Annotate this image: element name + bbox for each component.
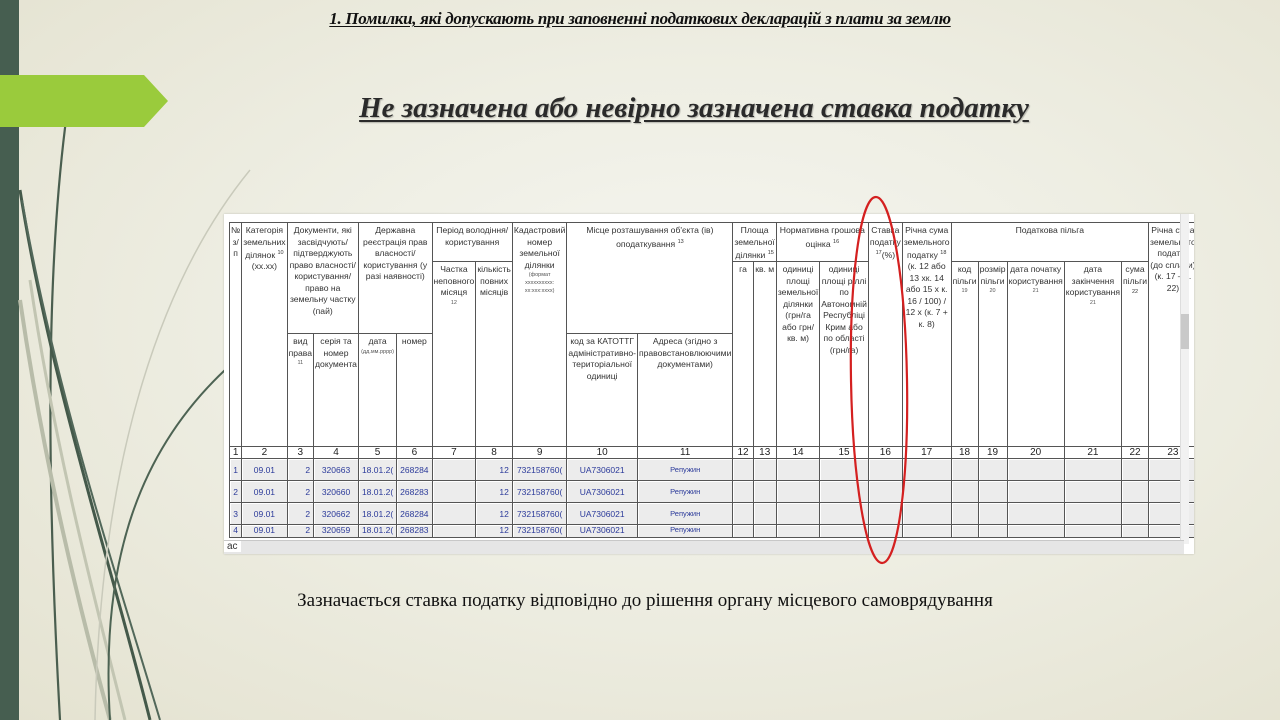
cell-months[interactable]: 12 bbox=[476, 459, 513, 481]
column-number-cell: 4 bbox=[314, 447, 359, 459]
cell-col-13[interactable] bbox=[753, 525, 776, 538]
column-number-cell: 21 bbox=[1064, 447, 1121, 459]
cell-col-15[interactable] bbox=[820, 459, 869, 481]
cell-col-18[interactable] bbox=[951, 503, 978, 525]
cell-part[interactable] bbox=[432, 503, 476, 525]
table-row: 109.01232066318.01.2(26828412732158760(U… bbox=[230, 459, 1195, 481]
cell-right[interactable]: 2 bbox=[287, 503, 313, 525]
cell-date[interactable]: 18.01.2( bbox=[358, 459, 396, 481]
cell-col-15[interactable] bbox=[820, 525, 869, 538]
cell-col-22[interactable] bbox=[1122, 481, 1149, 503]
cell-col-20[interactable] bbox=[1007, 481, 1064, 503]
table-row: 209.01232066018.01.2(26828312732158760(U… bbox=[230, 481, 1195, 503]
col-header-2: Категорія земельних ділянок 10 (хх.хх) bbox=[242, 223, 287, 447]
cell-address[interactable]: Репужин bbox=[637, 525, 732, 538]
column-number-cell: 10 bbox=[567, 447, 638, 459]
cell-col-17[interactable] bbox=[902, 525, 951, 538]
group-header-documents: Документи, які засвідчують/ підтверджуют… bbox=[287, 223, 358, 334]
table-row: 309.01232066218.01.2(26828412732158760(U… bbox=[230, 503, 1195, 525]
cell-address[interactable]: Репужин bbox=[637, 503, 732, 525]
cell-col-12[interactable] bbox=[733, 525, 753, 538]
truncated-label: ас bbox=[224, 541, 241, 552]
cell-cadastre[interactable]: 732158760( bbox=[512, 481, 567, 503]
cell-cadastre[interactable]: 732158760( bbox=[512, 503, 567, 525]
cell-right[interactable]: 2 bbox=[287, 525, 313, 538]
cell-doc[interactable]: 320663 bbox=[314, 459, 359, 481]
cell-address[interactable]: Репужин bbox=[637, 481, 732, 503]
accent-arrow-shape bbox=[0, 75, 168, 127]
cell-col-14[interactable] bbox=[776, 481, 819, 503]
cell-katottg[interactable]: UA7306021 bbox=[567, 525, 638, 538]
cell-n[interactable]: 1 bbox=[230, 459, 242, 481]
column-number-row: 1234567891011121314151617181920212223 bbox=[230, 447, 1195, 459]
cell-col-16[interactable] bbox=[868, 459, 902, 481]
cell-col-20[interactable] bbox=[1007, 525, 1064, 538]
cell-months[interactable]: 12 bbox=[476, 525, 513, 538]
column-number-cell: 17 bbox=[902, 447, 951, 459]
col-header-1: № з/п bbox=[230, 223, 242, 447]
cell-date[interactable]: 18.01.2( bbox=[358, 525, 396, 538]
cell-col-22[interactable] bbox=[1122, 525, 1149, 538]
group-header-location: Місце розташування об'єкта (ів) оподатку… bbox=[567, 223, 733, 334]
column-number-cell: 7 bbox=[432, 447, 476, 459]
column-number-cell: 15 bbox=[820, 447, 869, 459]
cell-col-15[interactable] bbox=[820, 503, 869, 525]
cell-months[interactable]: 12 bbox=[476, 503, 513, 525]
cell-doc[interactable]: 320659 bbox=[314, 525, 359, 538]
col-header-8: кількість повних місяців bbox=[476, 262, 513, 447]
cell-date[interactable]: 18.01.2( bbox=[358, 481, 396, 503]
column-number-cell: 6 bbox=[397, 447, 432, 459]
declaration-table: № з/п Категорія земельних ділянок 10 (хх… bbox=[229, 222, 1194, 538]
slide-caption: Зазначається ставка податку відповідно д… bbox=[0, 590, 1280, 612]
vertical-scrollbar-thumb[interactable] bbox=[1181, 314, 1189, 349]
cell-reg[interactable]: 268284 bbox=[397, 459, 432, 481]
column-number-cell: 2 bbox=[242, 447, 287, 459]
cell-col-21[interactable] bbox=[1064, 459, 1121, 481]
cell-katottg[interactable]: UA7306021 bbox=[567, 503, 638, 525]
cell-doc[interactable]: 320660 bbox=[314, 481, 359, 503]
col-header-19: розмір пільги20 bbox=[978, 262, 1007, 447]
cell-col-12[interactable] bbox=[733, 459, 753, 481]
cell-col-13[interactable] bbox=[753, 481, 776, 503]
cell-n[interactable]: 2 bbox=[230, 481, 242, 503]
cell-col-12[interactable] bbox=[733, 481, 753, 503]
cell-part[interactable] bbox=[432, 525, 476, 538]
col-header-17: Річна сума земельного податку 18 (к. 12 … bbox=[902, 223, 951, 447]
cell-reg[interactable]: 268283 bbox=[397, 481, 432, 503]
section-title: 1. Помилки, які допускають при заповненн… bbox=[0, 9, 1280, 29]
cell-col-21[interactable] bbox=[1064, 525, 1121, 538]
cell-col-17[interactable] bbox=[902, 481, 951, 503]
cell-col-19[interactable] bbox=[978, 525, 1007, 538]
cell-reg[interactable]: 268283 bbox=[397, 525, 432, 538]
column-number-cell: 11 bbox=[637, 447, 732, 459]
cell-col-17[interactable] bbox=[902, 503, 951, 525]
cell-col-20[interactable] bbox=[1007, 459, 1064, 481]
cell-col-14[interactable] bbox=[776, 503, 819, 525]
group-header-benefit: Податкова пільга bbox=[951, 223, 1148, 262]
col-header-14: одиниці площі земельної ділянки (грн/га … bbox=[776, 262, 819, 447]
column-number-cell: 18 bbox=[951, 447, 978, 459]
col-header-21: дата закінчення користування21 bbox=[1064, 262, 1121, 447]
cell-col-14[interactable] bbox=[776, 525, 819, 538]
cell-n[interactable]: 3 bbox=[230, 503, 242, 525]
column-number-cell: 19 bbox=[978, 447, 1007, 459]
slide-heading: Не зазначена або невірно зазначена ставк… bbox=[324, 92, 1064, 125]
cell-col-16[interactable] bbox=[868, 481, 902, 503]
column-number-cell: 22 bbox=[1122, 447, 1149, 459]
col-header-12: га bbox=[733, 262, 753, 447]
group-header-area: Площа земельної ділянки 15 bbox=[733, 223, 776, 262]
group-header-period: Період володіння/ користування bbox=[432, 223, 512, 262]
col-header-20: дата початку користування21 bbox=[1007, 262, 1064, 447]
group-header-valuation: Нормативна грошова оцінка 16 bbox=[776, 223, 868, 262]
col-header-4: серія та номер документа bbox=[314, 334, 359, 447]
cell-col-19[interactable] bbox=[978, 503, 1007, 525]
col-header-5: дата(дд.мм.рррр) bbox=[358, 334, 396, 447]
column-number-cell: 16 bbox=[868, 447, 902, 459]
group-header-registration: Державна реєстрація прав власності/ кори… bbox=[358, 223, 432, 334]
cell-cat[interactable]: 09.01 bbox=[242, 525, 287, 538]
horizontal-scrollbar[interactable] bbox=[224, 540, 1184, 554]
column-number-cell: 12 bbox=[733, 447, 753, 459]
cell-col-22[interactable] bbox=[1122, 503, 1149, 525]
cell-months[interactable]: 12 bbox=[476, 481, 513, 503]
column-number-cell: 8 bbox=[476, 447, 513, 459]
column-number-cell: 9 bbox=[512, 447, 567, 459]
cell-cat[interactable]: 09.01 bbox=[242, 481, 287, 503]
column-number-cell: 5 bbox=[358, 447, 396, 459]
col-header-15: одиниці площі ріллі по Автономній Респуб… bbox=[820, 262, 869, 447]
cell-reg[interactable]: 268284 bbox=[397, 503, 432, 525]
cell-col-18[interactable] bbox=[951, 481, 978, 503]
cell-col-18[interactable] bbox=[951, 459, 978, 481]
cell-col-21[interactable] bbox=[1064, 481, 1121, 503]
column-number-cell: 13 bbox=[753, 447, 776, 459]
col-header-13: кв. м bbox=[753, 262, 776, 447]
cell-part[interactable] bbox=[432, 481, 476, 503]
cell-doc[interactable]: 320662 bbox=[314, 503, 359, 525]
col-header-10: код за КАТОТТГ адміністративно-територіа… bbox=[567, 334, 638, 447]
col-header-11: Адреса (згідно з правовстановлюючими док… bbox=[637, 334, 732, 447]
cell-col-19[interactable] bbox=[978, 481, 1007, 503]
cell-col-16[interactable] bbox=[868, 525, 902, 538]
cell-cadastre[interactable]: 732158760( bbox=[512, 459, 567, 481]
vertical-scrollbar[interactable] bbox=[1180, 214, 1189, 544]
cell-col-12[interactable] bbox=[733, 503, 753, 525]
cell-katottg[interactable]: UA7306021 bbox=[567, 481, 638, 503]
cell-right[interactable]: 2 bbox=[287, 481, 313, 503]
cell-part[interactable] bbox=[432, 459, 476, 481]
col-header-18: код пільги19 bbox=[951, 262, 978, 447]
cell-col-18[interactable] bbox=[951, 525, 978, 538]
cell-col-16[interactable] bbox=[868, 503, 902, 525]
column-number-cell: 1 bbox=[230, 447, 242, 459]
cell-col-17[interactable] bbox=[902, 459, 951, 481]
column-number-cell: 14 bbox=[776, 447, 819, 459]
cell-cat[interactable]: 09.01 bbox=[242, 459, 287, 481]
cell-address[interactable]: Репужин bbox=[637, 459, 732, 481]
declaration-form-screenshot: № з/п Категорія земельних ділянок 10 (хх… bbox=[224, 214, 1194, 554]
table-row: 409.01232065918.01.2(26828312732158760(U… bbox=[230, 525, 1195, 538]
col-header-16-tax-rate: Ставка податку 17(%) bbox=[868, 223, 902, 447]
cell-col-15[interactable] bbox=[820, 481, 869, 503]
col-header-9: Кадастровий номер земельної ділянки(форм… bbox=[512, 223, 567, 447]
col-header-3: вид права11 bbox=[287, 334, 313, 447]
cell-n[interactable]: 4 bbox=[230, 525, 242, 538]
cell-col-13[interactable] bbox=[753, 503, 776, 525]
column-number-cell: 20 bbox=[1007, 447, 1064, 459]
cell-col-14[interactable] bbox=[776, 459, 819, 481]
cell-katottg[interactable]: UA7306021 bbox=[567, 459, 638, 481]
cell-col-19[interactable] bbox=[978, 459, 1007, 481]
cell-date[interactable]: 18.01.2( bbox=[358, 503, 396, 525]
cell-cadastre[interactable]: 732158760( bbox=[512, 525, 567, 538]
cell-col-21[interactable] bbox=[1064, 503, 1121, 525]
cell-col-22[interactable] bbox=[1122, 459, 1149, 481]
column-number-cell: 3 bbox=[287, 447, 313, 459]
col-header-6: номер bbox=[397, 334, 432, 447]
cell-col-20[interactable] bbox=[1007, 503, 1064, 525]
col-header-7: Частка неповного місяця12 bbox=[432, 262, 476, 447]
col-header-22: сума пільги 22 bbox=[1122, 262, 1149, 447]
cell-col-13[interactable] bbox=[753, 459, 776, 481]
cell-cat[interactable]: 09.01 bbox=[242, 503, 287, 525]
cell-right[interactable]: 2 bbox=[287, 459, 313, 481]
